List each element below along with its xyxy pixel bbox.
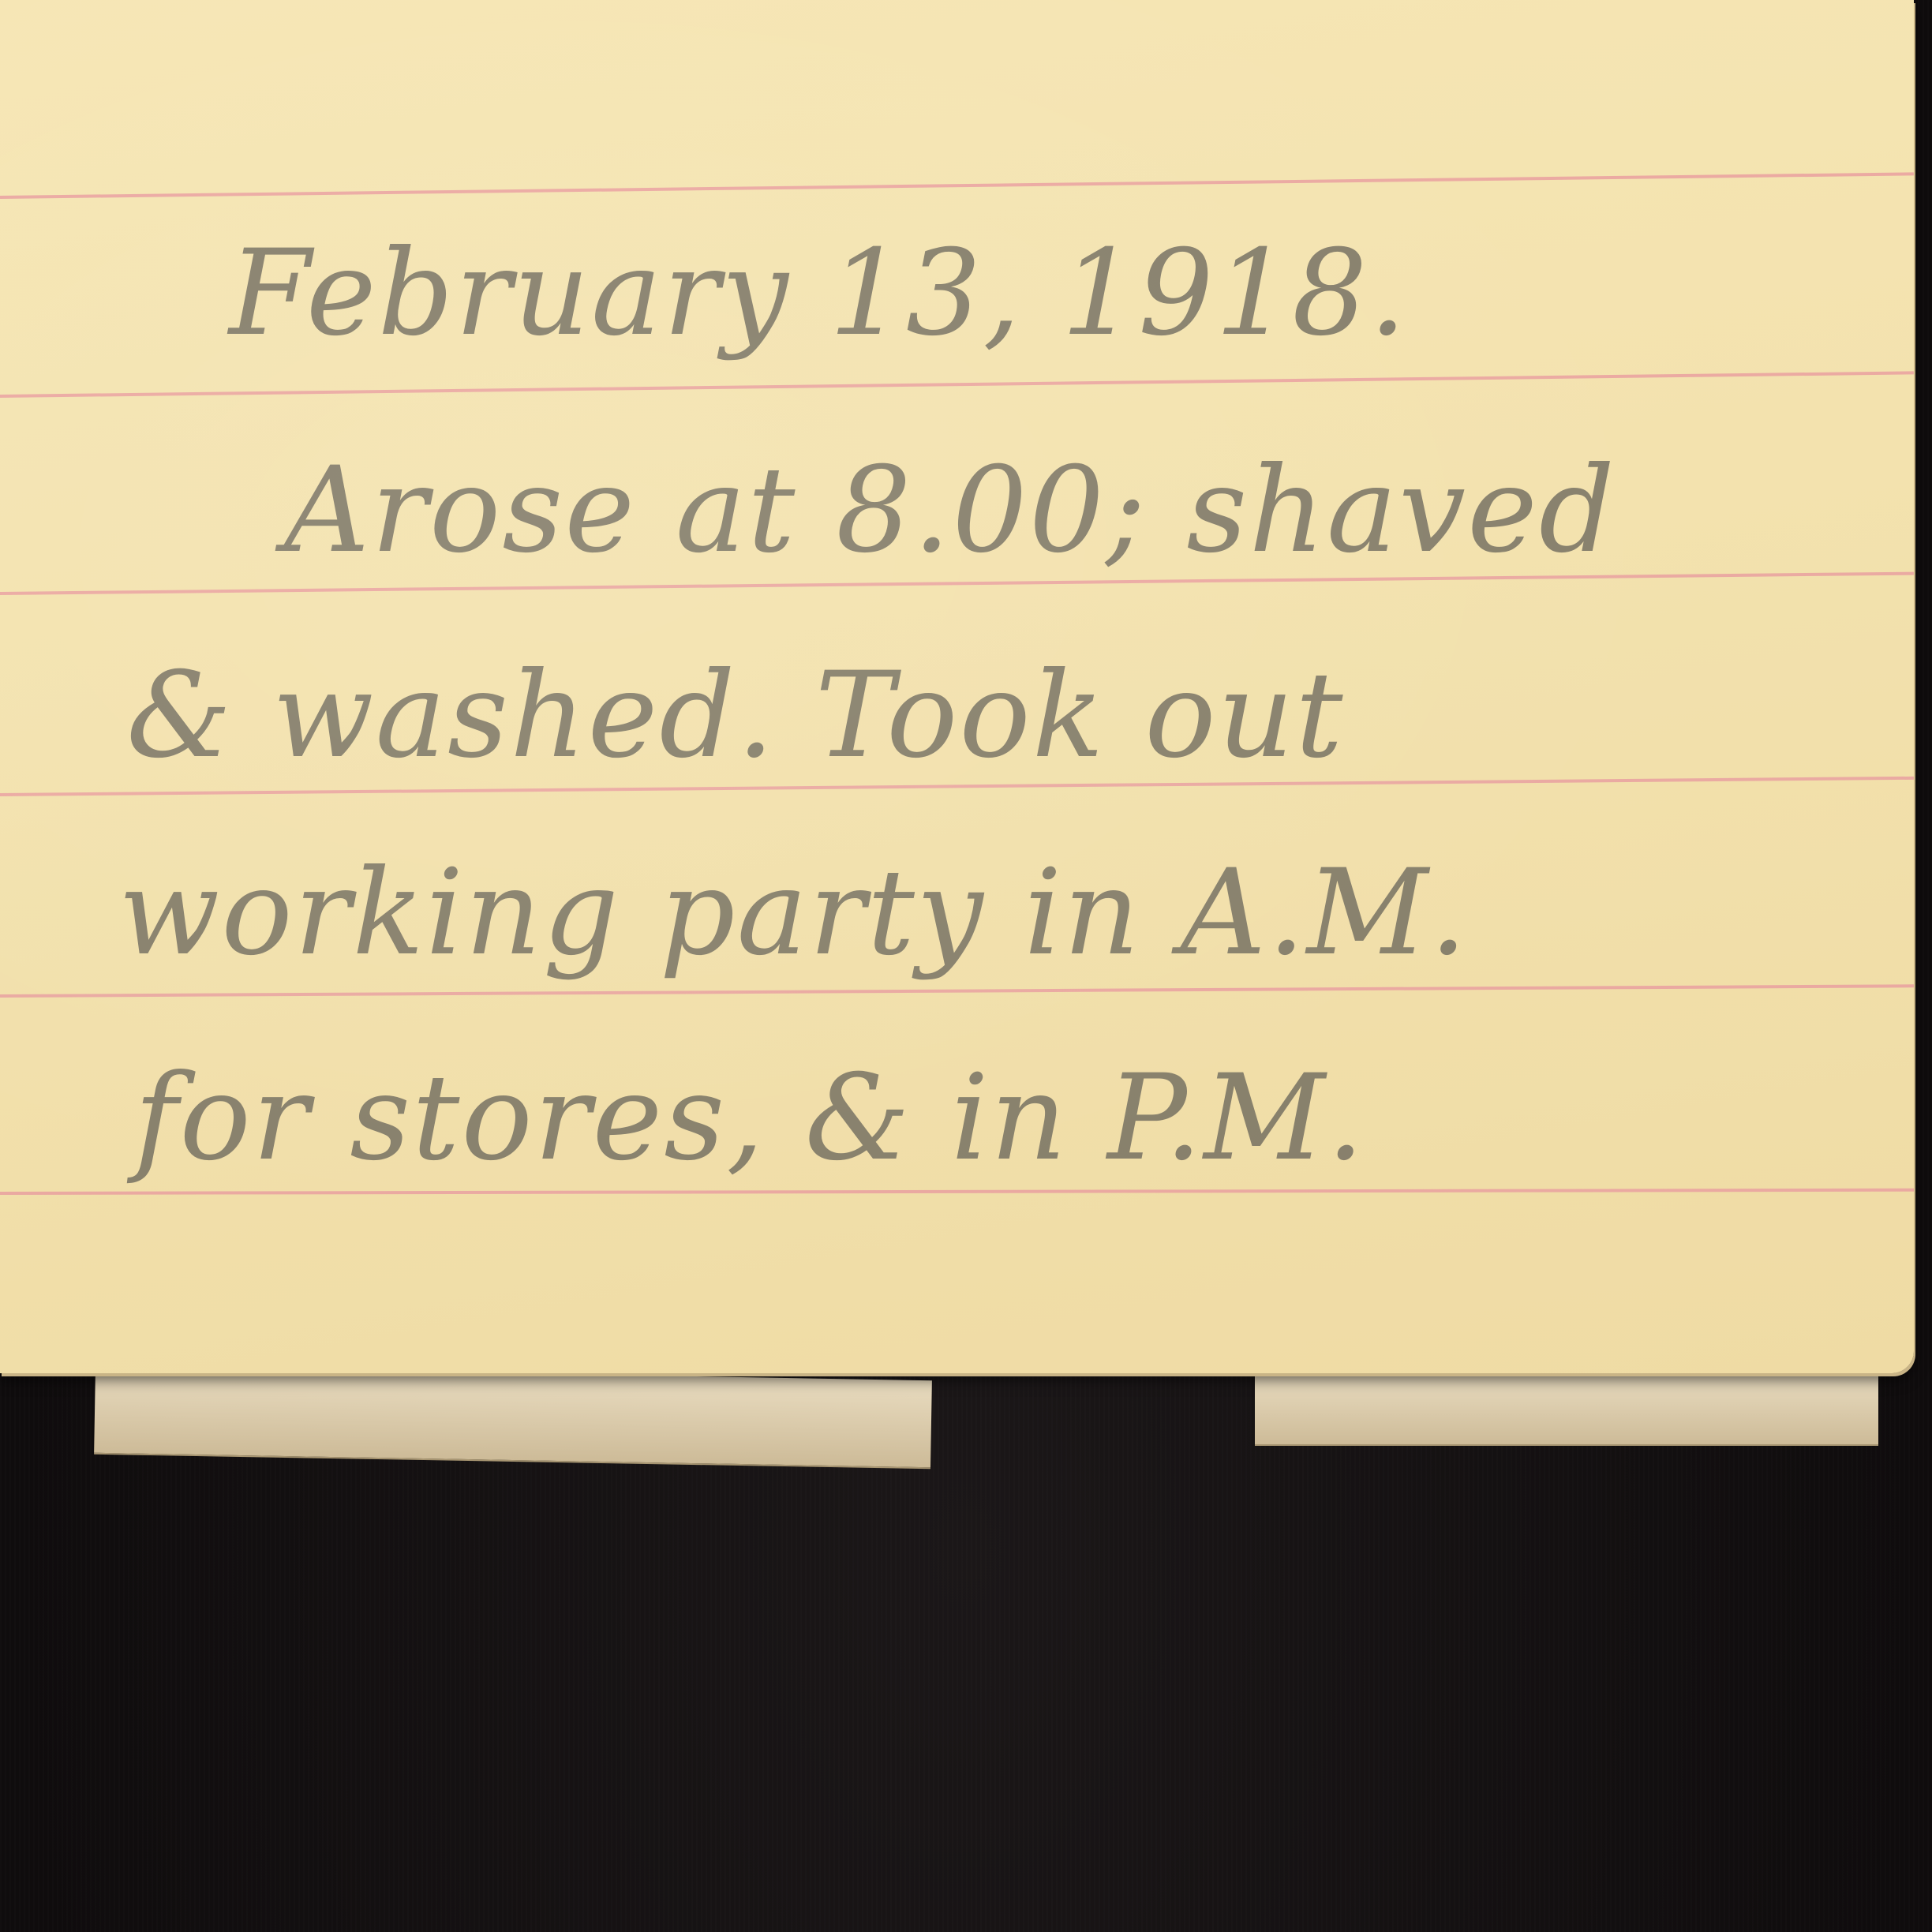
torn-page-right xyxy=(1255,1373,1878,1446)
torn-page-left xyxy=(94,1366,932,1469)
ruled-line xyxy=(0,1189,1914,1195)
diary-line-3: working party in A.M. xyxy=(118,844,1469,982)
diary-date: February 13, 1918. xyxy=(229,225,1408,362)
diary-line-1: Arose at 8.00; shaved xyxy=(284,442,1616,579)
diary-line-2: & washed. Took out xyxy=(126,647,1345,784)
torn-underlying-pages xyxy=(95,1357,1784,1468)
diary-page: February 13, 1918. Arose at 8.00; shaved… xyxy=(0,0,1914,1373)
diary-line-4: for stores, & in P.M. xyxy=(134,1050,1366,1187)
ruled-line xyxy=(0,371,1914,398)
ruled-line xyxy=(0,172,1914,199)
ruled-line xyxy=(0,984,1914,998)
